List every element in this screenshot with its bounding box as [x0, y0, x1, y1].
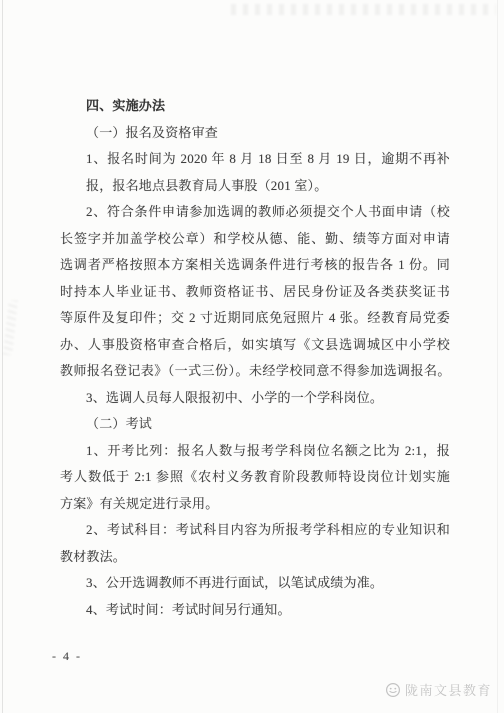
text-line: 2、考试科目：考试科目内容为所报考学科相应的专业知识和 [60, 517, 450, 544]
text-line: 1、报名时间为 2020 年 8 月 18 日至 8 月 19 日，逾期不再补 [60, 146, 450, 173]
text-line: 报，报名地点县教育局人事股（201 室）。 [60, 173, 450, 200]
subsection-heading: （一）报名及资格审查 [60, 120, 450, 147]
text-line: 办、人事股资格审查合格后，如实填写《文县选调城区中小学校 [60, 332, 450, 359]
text-line: 教材教法。 [60, 544, 450, 571]
text-line: 长签字并加盖学校公章）和学校从德、能、勤、绩等方面对申请 [60, 226, 450, 253]
subsection-heading: （二）考试 [60, 411, 450, 438]
scan-artifact-top [231, 4, 496, 15]
document-body: 四、实施办法 （一）报名及资格审查 1、报名时间为 2020 年 8 月 18 … [60, 93, 450, 623]
publisher-watermark-label: 陇南文县教育 [405, 680, 492, 699]
scan-smudge-left [3, 300, 18, 356]
section-heading: 四、实施办法 [60, 93, 450, 120]
document-page: 四、实施办法 （一）报名及资格审查 1、报名时间为 2020 年 8 月 18 … [0, 0, 504, 713]
text-line: 1、开考比列：报名人数与报考学科岗位名额之比为 2:1，报 [60, 438, 450, 465]
scan-edge-left [2, 0, 3, 713]
text-line: 考人数低于 2:1 参照《农村义务教育阶段教师特设岗位计划实施 [60, 464, 450, 491]
text-line: 3、选调人员每人限报初中、小学的一个学科岗位。 [60, 385, 450, 412]
publisher-watermark: 陇南文县教育 [385, 680, 492, 699]
page-number: - 4 - [52, 649, 82, 664]
publisher-logo-icon [385, 682, 401, 698]
text-line: 等原件及复印件；交 2 寸近期同底免冠照片 4 张。经教育局党委 [60, 305, 450, 332]
text-line: 方案》有关规定进行录用。 [60, 491, 450, 518]
text-line: 2、符合条件申请参加选调的教师必须提交个人书面申请（校 [60, 199, 450, 226]
text-line: 选调者严格按照本方案相关选调条件进行考核的报告各 1 份。同 [60, 252, 450, 279]
scan-edge-right [497, 0, 498, 713]
text-line: 4、考试时间：考试时间另行通知。 [60, 597, 450, 624]
text-line: 时持本人毕业证书、教师资格证书、居民身份证及各类获奖证书 [60, 279, 450, 306]
text-line: 教师报名登记表》（一式三份）。未经学校同意不得参加选调报名。 [60, 358, 450, 385]
text-line: 3、公开选调教师不再进行面试，以笔试成绩为准。 [60, 570, 450, 597]
